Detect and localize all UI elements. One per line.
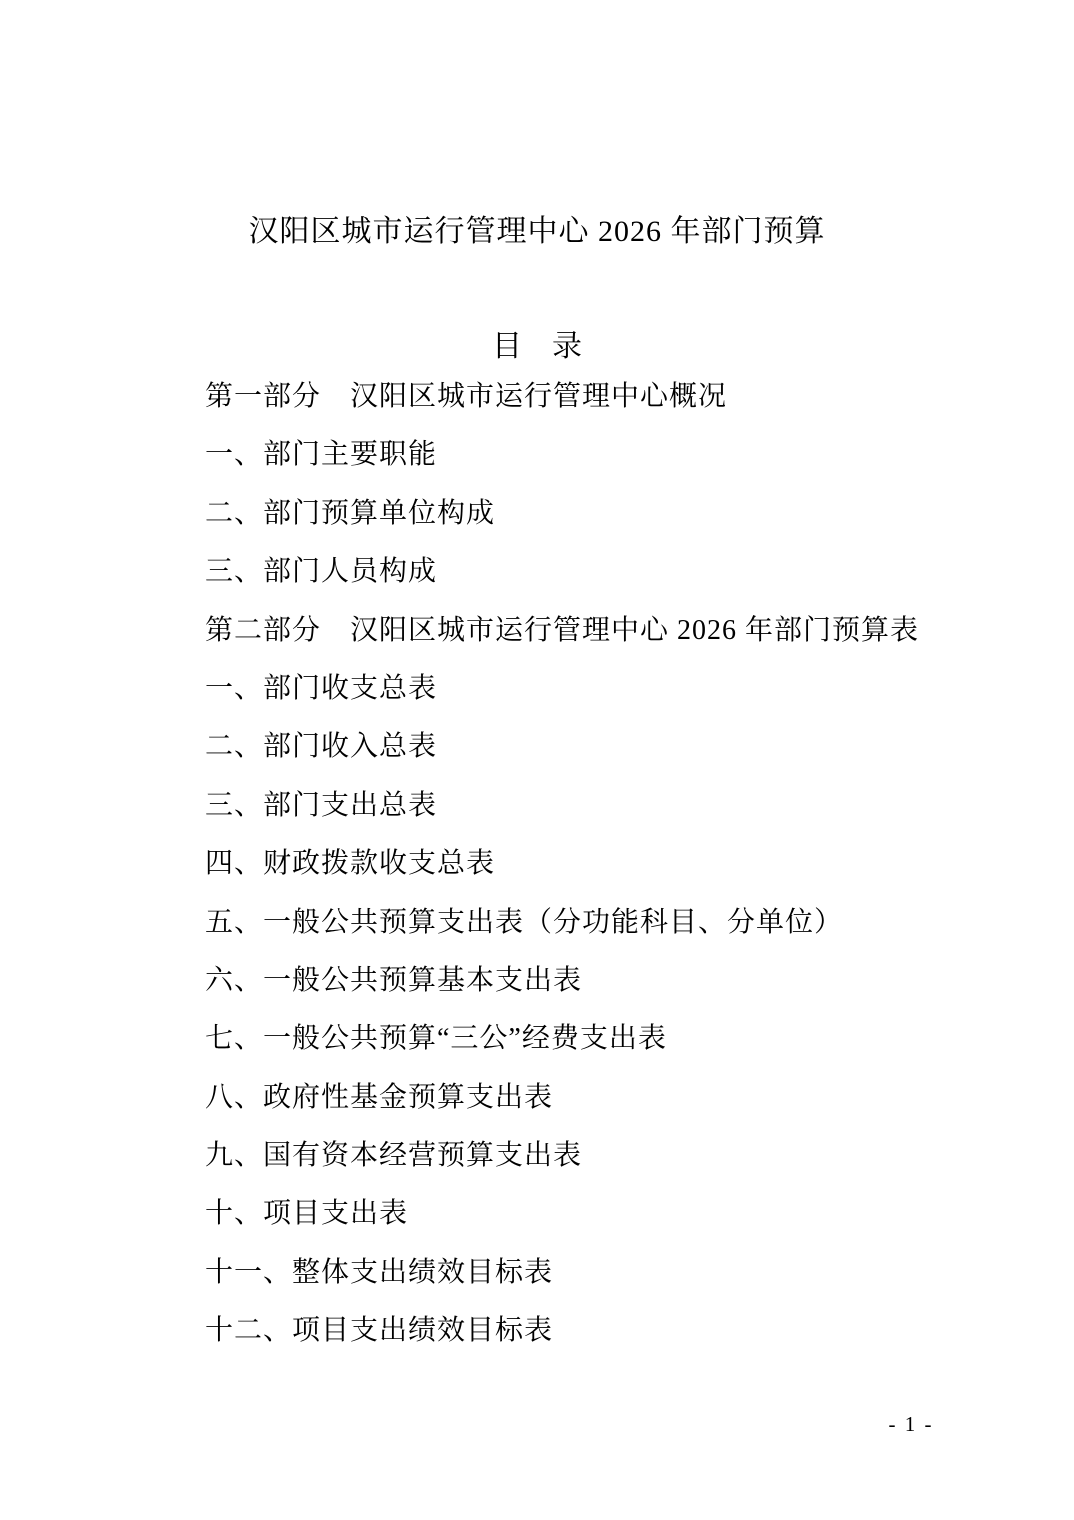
toc-entry: 六、一般公共预算基本支出表 [205, 952, 995, 1010]
toc-entry: 一、部门收支总表 [205, 660, 995, 718]
toc-entry: 十一、整体支出绩效目标表 [205, 1244, 995, 1302]
toc-entry: 第一部分 汉阳区城市运行管理中心概况 [205, 368, 995, 426]
toc-entry: 七、一般公共预算“三公”经费支出表 [205, 1010, 995, 1068]
toc-entry: 一、部门主要职能 [205, 426, 995, 484]
toc-entry: 二、部门收入总表 [205, 718, 995, 776]
toc-entry: 八、政府性基金预算支出表 [205, 1069, 995, 1127]
toc-entry: 十、项目支出表 [205, 1185, 995, 1243]
toc-heading: 目 录 [0, 321, 1074, 365]
toc-entry: 三、部门人员构成 [205, 543, 995, 601]
toc-entry: 九、国有资本经营预算支出表 [205, 1127, 995, 1185]
toc-entry: 二、部门预算单位构成 [205, 485, 995, 543]
toc-list: 第一部分 汉阳区城市运行管理中心概况 一、部门主要职能 二、部门预算单位构成 三… [205, 368, 995, 1361]
document-page: 汉阳区城市运行管理中心 2026 年部门预算 目 录 第一部分 汉阳区城市运行管… [0, 0, 1074, 1520]
toc-entry: 四、财政拨款收支总表 [205, 835, 995, 893]
toc-entry: 三、部门支出总表 [205, 777, 995, 835]
toc-entry: 十二、项目支出绩效目标表 [205, 1302, 995, 1360]
toc-entry: 第二部分 汉阳区城市运行管理中心 2026 年部门预算表 [205, 602, 995, 660]
document-title: 汉阳区城市运行管理中心 2026 年部门预算 [0, 206, 1074, 250]
page-number: - 1 - [866, 1412, 956, 1437]
toc-entry: 五、一般公共预算支出表（分功能科目、分单位） [205, 894, 995, 952]
